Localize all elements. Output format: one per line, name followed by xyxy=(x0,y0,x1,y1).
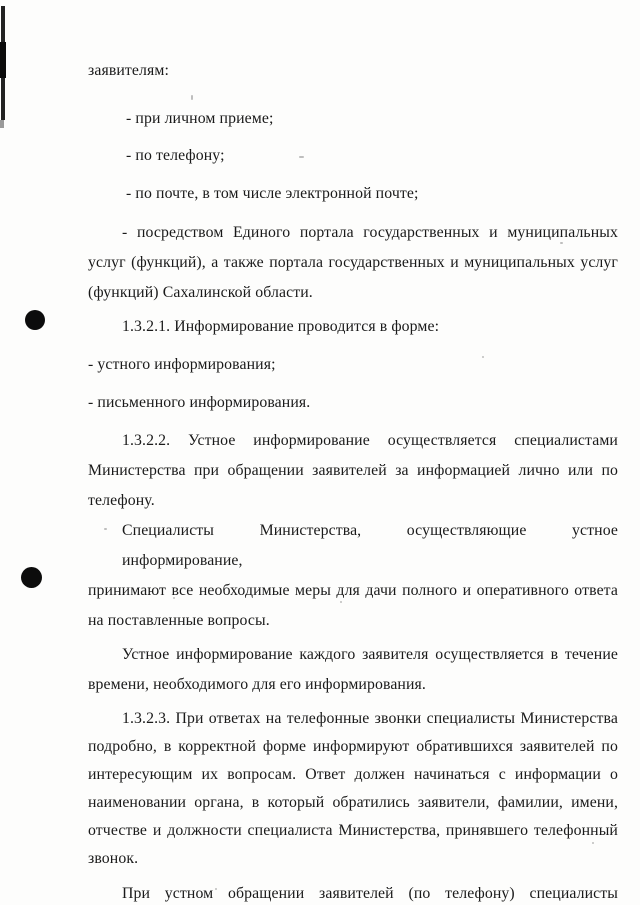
paragraph: 1.3.2.2. Устное информирование осуществл… xyxy=(88,426,618,516)
text-line: - устного информирования; xyxy=(88,350,618,380)
text-line: подробно, в корректной форме информируют… xyxy=(88,733,618,761)
paragraph: Устное информирование каждого заявителя … xyxy=(88,640,618,700)
text-line: - посредством Единого портала государств… xyxy=(88,218,618,248)
paragraph-continuation: При устном обращении заявителей (по теле… xyxy=(88,879,618,905)
document-page: заявителям: - при личном приеме; - по те… xyxy=(0,0,640,905)
paragraph: 1.3.2.3. При ответах на телефонные звонк… xyxy=(88,705,618,873)
text-line: телефону. xyxy=(88,486,618,516)
paragraph: - посредством Единого портала государств… xyxy=(88,218,618,308)
paragraph-continuation: заявителям: xyxy=(88,56,618,86)
text-line: отчестве и должности специалиста Министе… xyxy=(88,817,618,845)
text-line: принимают все необходимые меры для дачи … xyxy=(88,576,618,606)
text-line: При устном обращении заявителей (по теле… xyxy=(88,879,618,905)
text-line: времени, необходимого для его информиров… xyxy=(88,670,618,700)
paragraph-heading: 1.3.2.1. Информирование проводится в фор… xyxy=(88,312,618,342)
text-line: Министерства при обращении заявителей за… xyxy=(88,456,618,486)
list-item: - по телефону; xyxy=(88,141,618,171)
text-line: - по почте, в том числе электронной почт… xyxy=(88,179,618,209)
text-line: 1.3.2.3. При ответах на телефонные звонк… xyxy=(88,705,618,733)
text-line: заявителям: xyxy=(88,56,618,86)
list-item: - устного информирования; xyxy=(88,350,618,380)
text-line: (функций) Сахалинской области. xyxy=(88,278,618,308)
text-line: услуг (функций), а также портала государ… xyxy=(88,248,618,278)
text-line: 1.3.2.1. Информирование проводится в фор… xyxy=(88,312,618,342)
text-line: наименовании органа, в который обратилис… xyxy=(88,789,618,817)
text-line: - по телефону; xyxy=(88,141,618,171)
text-line: на поставленные вопросы. xyxy=(88,606,618,636)
list-item: - письменного информирования. xyxy=(88,388,618,418)
list-item: - при личном приеме; xyxy=(88,104,618,134)
text-line: Специалисты Министерства, осуществляющие… xyxy=(88,516,618,576)
text-line: - письменного информирования. xyxy=(88,388,618,418)
list-item: - по почте, в том числе электронной почт… xyxy=(88,179,618,209)
text-line: звонок. xyxy=(88,845,618,873)
text-line: интересующим их вопросам. Ответ должен н… xyxy=(88,761,618,789)
paragraph: Специалисты Министерства, осуществляющие… xyxy=(88,516,618,636)
text-line: 1.3.2.2. Устное информирование осуществл… xyxy=(88,426,618,456)
text-line: - при личном приеме; xyxy=(88,104,618,134)
text-line: Устное информирование каждого заявителя … xyxy=(88,640,618,670)
